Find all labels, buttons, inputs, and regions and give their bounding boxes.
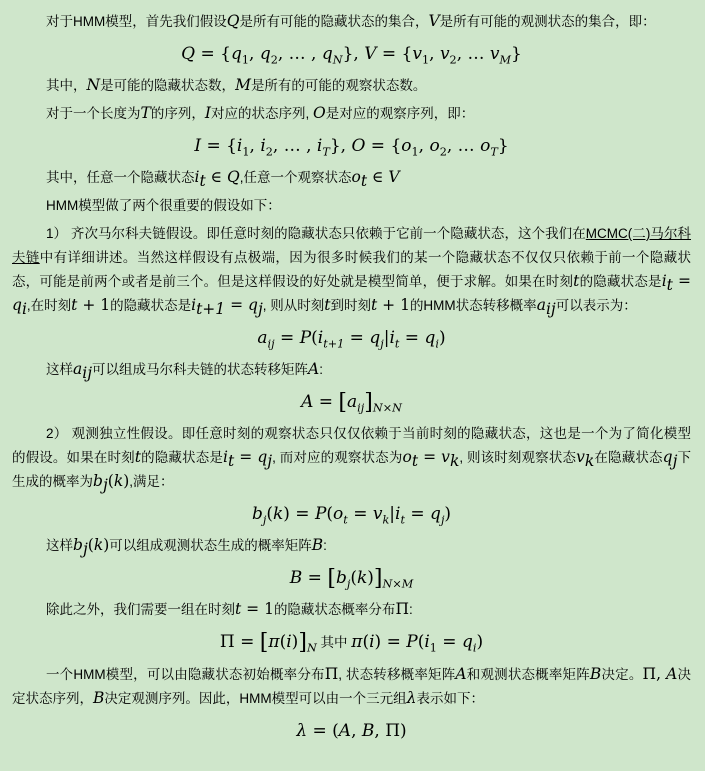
formula-q-v-sets-run-8: V <box>364 44 376 64</box>
para-assumption-1-markov-run-20: 的HMM状态转移概率 <box>410 298 537 313</box>
para-observation-matrix: 这样bj(k)可以组成观测状态生成的概率矩阵B: <box>12 534 691 558</box>
para-membership-run-2: ∈ <box>206 168 227 186</box>
article-body: 对于HMM模型，首先我们假设Q是所有可能的隐藏状态的集合，V是所有可能的观测状态… <box>0 0 705 771</box>
formula-a-ij-run-10: qi <box>424 328 438 348</box>
para-hmm-triple-run-13: λ <box>407 689 417 707</box>
formula-i-o-sequences-run-3: , <box>250 136 261 156</box>
formula-i-o-sequences-run-9: = { <box>365 136 401 156</box>
para-hmm-triple-run-7: Π <box>643 665 657 683</box>
para-sequence-t-run-1: T <box>141 104 151 122</box>
formula-a-ij-run-1: = <box>275 328 300 348</box>
para-assumption-1-markov-run-0: 1） 齐次马尔科夫链假设。即任意时刻的隐藏状态只依赖于它前一个隐藏状态，这个我们… <box>46 226 586 241</box>
formula-a-ij-run-4: it+1 <box>318 328 344 348</box>
formula-i-o-sequences-run-4: i2 <box>260 136 273 156</box>
para-assumption-1-markov-run-17: 到时刻 <box>331 298 372 313</box>
formula-pi-run-16: i1 <box>424 632 437 652</box>
para-transition-matrix-run-2: 可以组成马尔科夫链的状态转移矩阵 <box>92 362 308 377</box>
para-hmm-triple-run-14: 表示如下： <box>416 691 484 706</box>
para-assumption-2-observation-run-6: , 而对应的观察状态为 <box>272 450 402 465</box>
formula-q-v-sets-run-0: Q <box>181 44 195 64</box>
para-transition-matrix-run-1: aij <box>73 360 92 378</box>
formula-matrix-a: A = [aij]N×N <box>12 387 691 417</box>
formula-matrix-b-run-3: bj <box>336 568 350 588</box>
para-membership: 其中，任意一个隐藏状态it ∈ Q,任意一个观察状态ot ∈ V <box>12 166 691 190</box>
formula-i-o-sequences: I = {i1, i2, … , iT}, O = {o1, o2, … oT} <box>12 131 691 161</box>
para-membership-run-3: Q <box>227 168 240 186</box>
formula-q-v-sets-run-2: q1 <box>231 44 249 64</box>
para-sequence-t-run-2: 的序列， <box>151 106 205 121</box>
para-assumption-2-observation: 2） 观测独立性假设。即任意时刻的观察状态只仅仅依赖于当前时刻的隐藏状态，这也是… <box>12 422 691 494</box>
formula-lambda-run-2: A <box>339 721 351 741</box>
para-assumption-2-observation-run-7: ot <box>402 448 418 466</box>
formula-pi-run-0: Π <box>220 632 235 652</box>
para-assumption-2-observation-run-3: it <box>223 448 234 466</box>
formula-b-j-k-run-7: = <box>348 504 373 524</box>
formula-pi-run-13: ) = <box>375 632 407 652</box>
formula-matrix-a-run-2: [ <box>338 389 347 415</box>
formula-i-o-sequences-run-1: = { <box>201 136 237 156</box>
para-assumption-1-markov: 1） 齐次马尔科夫链假设。即任意时刻的隐藏状态只依赖于它前一个隐藏状态，这个我们… <box>12 222 691 318</box>
formula-b-j-k-run-4: P <box>315 504 326 524</box>
para-initial-distribution-run-5: : <box>409 602 413 617</box>
formula-pi: Π = [π(i)]N 其中 π(i) = P(i1 = qi) <box>12 627 691 658</box>
para-assumption-2-observation-run-12: 在隐藏状态 <box>594 450 662 465</box>
para-sequence-t-run-4: 对应的状态序列, <box>211 106 313 121</box>
formula-b-j-k-run-12: qj <box>430 504 444 524</box>
formula-matrix-b-run-8: N×M <box>383 568 414 588</box>
formula-lambda-run-6: Π <box>385 721 400 741</box>
formula-pi-run-1: = <box>235 632 260 652</box>
para-observation-matrix-run-7: : <box>323 538 327 553</box>
formula-lambda-run-4: B <box>362 721 375 741</box>
formula-pi-run-3: π <box>268 632 279 652</box>
para-initial-distribution-run-0: 除此之外，我们需要一组在时刻 <box>46 602 235 617</box>
para-observation-matrix-run-0: 这样 <box>46 538 73 553</box>
formula-q-v-sets-run-14: vM <box>490 44 511 64</box>
para-intro-q-v: 对于HMM模型，首先我们假设Q是所有可能的隐藏状态的集合，V是所有可能的观测状态… <box>12 10 691 34</box>
formula-matrix-b-run-5: k <box>357 568 367 588</box>
formula-lambda-run-7: ) <box>400 721 407 741</box>
formula-a-ij-run-9: = <box>399 328 424 348</box>
formula-pi-run-19: ) <box>476 632 483 652</box>
para-hmm-triple-run-5: B <box>590 665 601 683</box>
para-assumption-1-markov-run-19: + 1 <box>377 296 410 314</box>
formula-q-v-sets-run-3: , <box>249 44 260 64</box>
formula-matrix-b-run-4: ( <box>350 568 357 588</box>
formula-a-ij-run-3: ( <box>311 328 318 348</box>
para-assumption-2-observation-run-17: k <box>114 472 123 490</box>
para-intro-q-v-run-0: 对于HMM模型，首先我们假设 <box>46 14 227 29</box>
para-assumption-2-observation-run-9: vk <box>441 448 459 466</box>
formula-a-ij-run-5: = <box>344 328 369 348</box>
para-sequence-t-run-6: 是对应的观察序列，即： <box>326 106 475 121</box>
formula-b-j-k-run-3: ) = <box>283 504 315 524</box>
para-assumption-2-observation-run-13: qj <box>663 448 678 466</box>
para-membership-run-7: V <box>388 168 399 186</box>
formula-i-o-sequences-run-13: , … <box>447 136 480 156</box>
formula-pi-run-7: ] <box>298 629 307 655</box>
formula-q-v-sets: Q = {q1, q2, … , qN}, V = {v1, v2, … vM} <box>12 39 691 69</box>
para-transition-matrix-run-0: 这样 <box>46 362 73 377</box>
formula-q-v-sets-run-15: } <box>511 44 522 64</box>
formula-b-j-k-run-6: ot <box>333 504 348 524</box>
formula-b-j-k-run-10: it <box>395 504 405 524</box>
formula-matrix-b: B = [bj(k)]N×M <box>12 563 691 593</box>
para-assumption-2-observation-run-11: vk <box>576 448 594 466</box>
formula-i-o-sequences-run-11: , <box>419 136 430 156</box>
formula-matrix-a-run-1: = <box>313 392 338 412</box>
formula-pi-run-14: P <box>406 632 417 652</box>
formula-lambda-run-3: , <box>351 721 362 741</box>
para-n-m-counts-run-0: 其中， <box>46 78 87 93</box>
formula-b-j-k-run-11: = <box>405 504 430 524</box>
para-hmm-triple-run-1: Π <box>325 665 339 683</box>
formula-pi-run-18: qi <box>462 632 476 652</box>
para-intro-q-v-run-2: 是所有可能的隐藏状态的集合， <box>239 14 428 29</box>
para-hmm-triple-run-6: 决定。 <box>601 667 642 682</box>
para-assumption-1-markov-run-22: 可以表示为： <box>556 298 637 313</box>
formula-q-v-sets-run-12: v2 <box>440 44 457 64</box>
para-transition-matrix-run-4: : <box>319 362 323 377</box>
para-membership-run-1: it <box>195 168 206 186</box>
formula-matrix-b-run-2: [ <box>327 565 336 591</box>
para-intro-q-v-run-4: 是所有可能的观测状态的集合，即： <box>440 14 656 29</box>
para-assumption-1-markov-run-8: ,在时刻 <box>27 298 71 313</box>
para-sequence-t-run-0: 对于一个长度为 <box>46 106 141 121</box>
formula-i-o-sequences-run-7: }, <box>330 136 352 156</box>
para-transition-matrix-run-3: A <box>308 360 319 378</box>
para-assumption-1-markov-run-7: qi <box>12 296 27 314</box>
para-assumption-1-markov-run-15: , 则从时刻 <box>263 298 325 313</box>
para-n-m-counts-run-1: N <box>87 76 101 94</box>
formula-i-o-sequences-run-15: } <box>498 136 509 156</box>
formula-q-v-sets-run-5: , … , <box>278 44 322 64</box>
formula-b-j-k-run-13: ) <box>444 504 451 524</box>
para-membership-run-4: ,任意一个观察状态 <box>240 170 352 185</box>
para-assumption-2-observation-run-15: bj <box>93 472 108 490</box>
para-intro-q-v-run-1: Q <box>227 12 240 30</box>
para-assumption-1-markov-run-4: 的隐藏状态是 <box>579 274 661 289</box>
formula-matrix-a-run-4: ] <box>364 389 373 415</box>
para-observation-matrix-run-5: 可以组成观测状态生成的概率矩阵 <box>109 538 312 553</box>
para-observation-matrix-run-3: k <box>94 536 103 554</box>
formula-i-o-sequences-run-14: oT <box>480 136 498 156</box>
formula-pi-run-8: N <box>307 632 317 652</box>
para-assumption-1-markov-run-13: = <box>225 296 248 314</box>
formula-matrix-a-run-3: aij <box>347 392 364 412</box>
para-sequence-t: 对于一个长度为T的序列，I对应的状态序列, O是对应的观察序列，即： <box>12 102 691 126</box>
formula-q-v-sets-run-11: , <box>429 44 440 64</box>
formula-a-ij-run-8: it <box>389 328 399 348</box>
formula-matrix-a-run-5: N×N <box>373 392 402 412</box>
formula-matrix-b-run-7: ] <box>374 565 383 591</box>
para-membership-run-0: 其中，任意一个隐藏状态 <box>46 170 195 185</box>
para-assumption-2-observation-run-4: = <box>234 448 257 466</box>
formula-q-v-sets-run-1: = { <box>195 44 231 64</box>
formula-a-ij: aij = P(it+1 = qj|it = qi) <box>12 323 691 353</box>
formula-b-j-k-run-8: vk <box>373 504 389 524</box>
formula-lambda-run-0: λ <box>296 721 307 741</box>
formula-matrix-a-run-0: A <box>301 392 313 412</box>
formula-i-o-sequences-run-6: iT <box>317 136 330 156</box>
para-n-m-counts-run-3: M <box>235 76 251 94</box>
formula-q-v-sets-run-10: v1 <box>412 44 429 64</box>
para-observation-matrix-run-1: bj <box>73 536 88 554</box>
para-initial-distribution-run-3: 的隐藏状态概率分布 <box>274 602 396 617</box>
para-assumption-2-observation-run-8: = <box>418 448 441 466</box>
para-assumption-2-observation-run-10: , 则该时刻观察状态 <box>459 450 576 465</box>
para-assumption-1-markov-run-12: it+1 <box>191 296 225 314</box>
formula-matrix-b-run-1: = <box>302 568 327 588</box>
para-two-assumptions-run-0: HMM模型做了两个很重要的假设如下： <box>46 198 281 213</box>
para-hmm-triple-run-8: , <box>656 665 666 683</box>
para-hmm-triple-run-11: B <box>93 689 104 707</box>
para-sequence-t-run-5: O <box>313 104 326 122</box>
para-assumption-1-markov-run-10: + 1 <box>77 296 110 314</box>
formula-q-v-sets-run-9: = { <box>377 44 413 64</box>
formula-matrix-b-run-6: ) <box>367 568 374 588</box>
para-hmm-triple: 一个HMM模型，可以由隐藏状态初始概率分布Π, 状态转移概率矩阵A和观测状态概率… <box>12 663 691 711</box>
formula-i-o-sequences-run-8: O <box>351 136 365 156</box>
formula-b-j-k: bj(k) = P(ot = vk|it = qj) <box>12 499 691 529</box>
para-initial-distribution: 除此之外，我们需要一组在时刻t = 1的隐藏状态概率分布Π: <box>12 598 691 622</box>
para-transition-matrix: 这样aij可以组成马尔科夫链的状态转移矩阵A: <box>12 358 691 382</box>
formula-a-ij-run-2: P <box>300 328 311 348</box>
para-hmm-triple-run-3: A <box>455 665 466 683</box>
para-observation-matrix-run-6: B <box>312 536 323 554</box>
para-hmm-triple-run-12: 决定观测序列。因此，HMM模型可以由一个三元组 <box>104 691 406 706</box>
formula-q-v-sets-run-4: q2 <box>260 44 278 64</box>
para-hmm-triple-run-4: 和观测状态概率矩阵 <box>467 667 590 682</box>
formula-i-o-sequences-run-10: o1 <box>401 136 418 156</box>
para-assumption-2-observation-run-2: 的隐藏状态是 <box>141 450 223 465</box>
para-intro-q-v-run-3: V <box>428 12 439 30</box>
para-membership-run-5: ot <box>352 168 368 186</box>
para-two-assumptions: HMM模型做了两个很重要的假设如下： <box>12 194 691 218</box>
formula-q-v-sets-run-7: }, <box>343 44 365 64</box>
formula-a-ij-run-11: ) <box>439 328 446 348</box>
para-assumption-1-markov-run-21: aij <box>537 296 556 314</box>
para-assumption-1-markov-run-14: qj <box>248 296 263 314</box>
formula-i-o-sequences-run-5: , … , <box>273 136 317 156</box>
formula-pi-run-10: π <box>351 632 362 652</box>
formula-i-o-sequences-run-2: i1 <box>237 136 250 156</box>
para-assumption-1-markov-run-5: it <box>662 272 673 290</box>
formula-b-j-k-run-1: ( <box>266 504 273 524</box>
formula-a-ij-run-0: aij <box>257 328 274 348</box>
para-membership-run-6: ∈ <box>367 168 388 186</box>
para-hmm-triple-run-9: A <box>666 665 677 683</box>
formula-lambda-run-1: = ( <box>307 721 339 741</box>
para-hmm-triple-run-0: 一个HMM模型，可以由隐藏状态初始概率分布 <box>46 667 325 682</box>
formula-b-j-k-run-2: k <box>273 504 283 524</box>
formula-lambda-run-5: , <box>374 721 385 741</box>
formula-i-o-sequences-run-12: o2 <box>429 136 446 156</box>
para-assumption-2-observation-run-19: ,满足： <box>129 474 173 489</box>
formula-matrix-b-run-0: B <box>290 568 303 588</box>
formula-q-v-sets-run-13: , … <box>457 44 490 64</box>
para-n-m-counts-run-2: 是可能的隐藏状态数， <box>100 78 235 93</box>
formula-q-v-sets-run-6: qN <box>322 44 343 64</box>
para-initial-distribution-run-2: = 1 <box>241 600 274 618</box>
formula-lambda: λ = (A, B, Π) <box>12 716 691 746</box>
para-hmm-triple-run-2: , 状态转移概率矩阵 <box>338 667 455 682</box>
formula-pi-run-9: 其中 <box>317 635 352 650</box>
para-n-m-counts-run-4: 是所有的可能的观察状态数。 <box>251 78 427 93</box>
formula-pi-run-17: = <box>437 632 462 652</box>
para-initial-distribution-run-4: Π <box>395 600 409 618</box>
para-assumption-1-markov-run-6: = <box>673 272 691 290</box>
para-assumption-1-markov-run-11: 的隐藏状态是 <box>110 298 191 313</box>
para-n-m-counts: 其中，N是可能的隐藏状态数，M是所有的可能的观察状态数。 <box>12 74 691 98</box>
para-assumption-2-observation-run-5: qj <box>257 448 272 466</box>
formula-a-ij-run-6: qj <box>369 328 383 348</box>
formula-b-j-k-run-0: bj <box>252 504 266 524</box>
